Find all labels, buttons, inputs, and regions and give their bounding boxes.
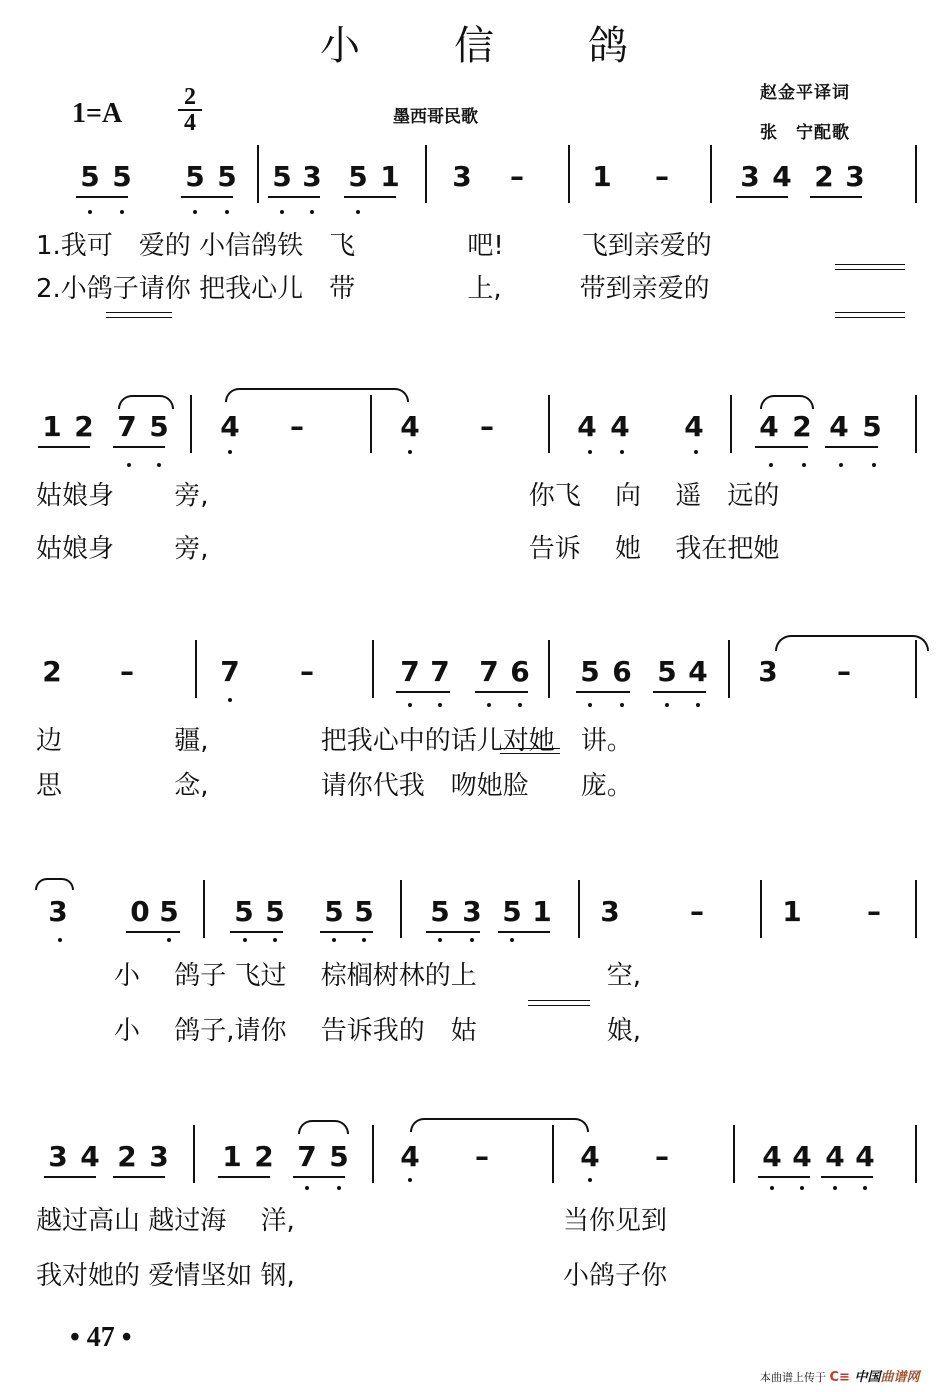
eighth-note-underline [126, 931, 180, 933]
song-title: 小信鸽 [0, 14, 950, 71]
bar-line [915, 880, 917, 938]
numbered-note: 4 [853, 1140, 877, 1173]
bar-line [193, 1125, 195, 1183]
numbered-note: 5 [860, 410, 884, 443]
eighth-note-underline [344, 196, 396, 198]
octave-dot [800, 1186, 804, 1190]
numbered-note: 5 [215, 160, 239, 193]
bar-line [568, 145, 570, 203]
page-number: • 47 • [70, 1322, 132, 1354]
bar-line [733, 1125, 735, 1183]
eighth-note-underline [76, 196, 128, 198]
numbered-note: 7 [428, 655, 452, 688]
eighth-note-underline [396, 691, 450, 693]
numbered-note: 4 [827, 410, 851, 443]
numbered-note: 5 [157, 895, 181, 928]
dash-note: – [475, 410, 499, 443]
octave-dot [362, 938, 366, 942]
lyrics-verse-1: 边 疆, 把我心中的话儿对她 讲。 [36, 720, 633, 757]
eighth-note-underline [821, 1176, 873, 1178]
numbered-note: 3 [46, 895, 70, 928]
numbered-note: 7 [218, 655, 242, 688]
numbered-note: 1 [40, 410, 64, 443]
octave-dot [157, 463, 161, 467]
bar-line [578, 880, 580, 938]
numbered-note: 5 [322, 895, 346, 928]
octave-dot [280, 210, 284, 214]
tie-slur [760, 395, 814, 409]
bar-line [728, 640, 730, 698]
bar-line [548, 395, 550, 453]
title-char: 鸽 [588, 14, 630, 71]
dash-note: – [832, 655, 856, 688]
octave-dot [408, 703, 412, 707]
octave-dot [588, 703, 592, 707]
numbered-note: 4 [78, 1140, 102, 1173]
lyrics-verse-2: 小 鸽子,请你 告诉我的 姑 娘, [36, 1010, 641, 1047]
numbered-note: 3 [738, 160, 762, 193]
site-name-a: 中国 [854, 1370, 880, 1385]
eighth-note-underline [218, 1176, 270, 1178]
octave-dot [193, 210, 197, 214]
double-underline [528, 1000, 590, 1006]
octave-dot [833, 1186, 837, 1190]
dash-note: – [285, 410, 309, 443]
numbered-note: 4 [823, 1140, 847, 1173]
bar-line [372, 640, 374, 698]
octave-dot [228, 450, 232, 454]
numbered-note: 7 [115, 410, 139, 443]
dash-note: – [650, 160, 674, 193]
numbered-note: 7 [477, 655, 501, 688]
eighth-note-underline [475, 691, 528, 693]
numbered-note: 5 [183, 160, 207, 193]
numbered-note: 5 [327, 1140, 351, 1173]
numbered-note: 1 [780, 895, 804, 928]
numbered-note: 1 [590, 160, 614, 193]
numbered-note: 7 [398, 655, 422, 688]
dash-note: – [505, 160, 529, 193]
octave-dot [588, 1178, 592, 1182]
eighth-note-underline [810, 196, 862, 198]
dash-note: – [115, 655, 139, 688]
octave-dot [510, 938, 514, 942]
octave-dot [58, 938, 62, 942]
octave-dot [470, 938, 474, 942]
arranger-credit: 张 宁配歌 [760, 118, 850, 143]
site-name-b: 曲谱网 [880, 1370, 919, 1385]
dash-note: – [470, 1140, 494, 1173]
double-underline [835, 264, 905, 270]
title-char: 信 [454, 14, 496, 71]
bar-line [370, 395, 372, 453]
numbered-note: 5 [110, 160, 134, 193]
octave-dot [665, 703, 669, 707]
numbered-note: 7 [295, 1140, 319, 1173]
numbered-note: 1 [530, 895, 554, 928]
octave-dot [802, 463, 806, 467]
octave-dot [694, 450, 698, 454]
octave-dot [839, 463, 843, 467]
numbered-note: 3 [46, 1140, 70, 1173]
key-signature: 1=A [72, 98, 122, 130]
double-underline [835, 312, 905, 318]
numbered-note: 4 [608, 410, 632, 443]
octave-dot [588, 450, 592, 454]
octave-dot [769, 463, 773, 467]
numbered-note: 5 [232, 895, 256, 928]
eighth-note-underline [755, 446, 808, 448]
bar-line [400, 880, 402, 938]
bar-line [710, 145, 712, 203]
octave-dot [438, 703, 442, 707]
numbered-note: 1 [220, 1140, 244, 1173]
numbered-note: 1 [378, 160, 402, 193]
octave-dot [243, 938, 247, 942]
bar-line [195, 640, 197, 698]
lyrics-verse-1: 1.我可 爱的 小信鸽铁 飞 吧! 飞到亲爱的 [36, 225, 712, 262]
octave-dot [438, 938, 442, 942]
numbered-note: 4 [398, 410, 422, 443]
bar-line [760, 880, 762, 938]
dash-note: – [862, 895, 886, 928]
numbered-note: 2 [115, 1140, 139, 1173]
dash-note: – [685, 895, 709, 928]
title-char: 小 [320, 14, 362, 71]
numbered-note: 2 [72, 410, 96, 443]
eighth-note-underline [653, 691, 706, 693]
eighth-note-underline [293, 1176, 345, 1178]
numbered-note: 5 [428, 895, 452, 928]
eighth-note-underline [113, 446, 165, 448]
numbered-note: 0 [128, 895, 152, 928]
time-signature-bottom: 4 [178, 112, 202, 134]
octave-dot [408, 450, 412, 454]
octave-dot [518, 703, 522, 707]
eighth-note-underline [38, 446, 90, 448]
octave-dot [88, 210, 92, 214]
numbered-note: 5 [500, 895, 524, 928]
octave-dot [696, 703, 700, 707]
bar-line [730, 395, 732, 453]
numbered-note: 2 [252, 1140, 276, 1173]
numbered-note: 3 [460, 895, 484, 928]
bar-line [190, 395, 192, 453]
bar-line [552, 1125, 554, 1183]
numbered-note: 4 [790, 1140, 814, 1173]
numbered-note: 2 [812, 160, 836, 193]
dash-note: – [650, 1140, 674, 1173]
bar-line [425, 145, 427, 203]
tie-slur [35, 878, 74, 890]
numbered-note: 4 [770, 160, 794, 193]
numbered-note: 5 [270, 160, 294, 193]
eighth-note-underline [230, 931, 283, 933]
eighth-note-underline [44, 1176, 96, 1178]
numbered-note: 3 [300, 160, 324, 193]
bar-line [915, 1125, 917, 1183]
octave-dot [273, 938, 277, 942]
eighth-note-underline [736, 196, 788, 198]
octave-dot [337, 1186, 341, 1190]
numbered-note: 4 [757, 410, 781, 443]
octave-dot [167, 938, 171, 942]
octave-dot [127, 463, 131, 467]
lyricist-credit: 赵金平译词 [760, 78, 850, 103]
eighth-note-underline [113, 1176, 165, 1178]
tie-slur [118, 395, 174, 409]
lyrics-verse-2: 我对她的 爱情坚如 钢, 小鸽子你 [36, 1255, 667, 1292]
double-underline [106, 312, 172, 318]
octave-dot [228, 698, 232, 702]
eighth-note-underline [320, 931, 373, 933]
lyrics-verse-2: 姑娘身 旁, 告诉 她 我在把她 [36, 528, 779, 565]
eighth-note-underline [268, 196, 320, 198]
site-logo[interactable]: C≡ 中国曲谱网 [830, 1366, 920, 1385]
eighth-note-underline [498, 931, 550, 933]
dash-note: – [295, 655, 319, 688]
numbered-note: 3 [598, 895, 622, 928]
numbered-note: 5 [147, 410, 171, 443]
upload-note: 本曲谱上传于 [760, 1371, 826, 1384]
numbered-note: 4 [682, 410, 706, 443]
eighth-note-underline [758, 1176, 810, 1178]
bar-line [915, 145, 917, 203]
octave-dot [310, 210, 314, 214]
eighth-note-underline [426, 931, 480, 933]
numbered-note: 2 [40, 655, 64, 688]
octave-dot [356, 210, 360, 214]
numbered-note: 4 [218, 410, 242, 443]
octave-dot [120, 210, 124, 214]
logo-mark-icon: C≡ [830, 1370, 850, 1385]
lyrics-verse-1: 越过高山 越过海 洋, 当你见到 [36, 1200, 667, 1237]
octave-dot [872, 463, 876, 467]
numbered-note: 6 [508, 655, 532, 688]
song-origin: 墨西哥民歌 [393, 102, 478, 127]
eighth-note-underline [576, 691, 630, 693]
eighth-note-underline [181, 196, 233, 198]
octave-dot [863, 1186, 867, 1190]
lyrics-verse-1: 姑娘身 旁, 你飞 向 遥 远的 [36, 475, 779, 512]
numbered-note: 3 [843, 160, 867, 193]
octave-dot [620, 703, 624, 707]
tie-slur [410, 1118, 589, 1132]
numbered-note: 2 [790, 410, 814, 443]
numbered-note: 5 [655, 655, 679, 688]
bar-line [548, 640, 550, 698]
octave-dot [305, 1186, 309, 1190]
octave-dot [332, 938, 336, 942]
time-signature-top: 2 [178, 86, 202, 108]
numbered-note: 4 [760, 1140, 784, 1173]
octave-dot [225, 210, 229, 214]
numbered-note: 5 [346, 160, 370, 193]
octave-dot [408, 1178, 412, 1182]
lyrics-verse-1: 小 鸽子 飞过 棕榈树林的上 空, [36, 955, 641, 992]
numbered-note: 4 [398, 1140, 422, 1173]
numbered-note: 6 [610, 655, 634, 688]
octave-dot [487, 703, 491, 707]
bar-line [257, 145, 259, 203]
tie-slur [775, 635, 929, 651]
numbered-note: 3 [756, 655, 780, 688]
octave-dot [620, 450, 624, 454]
lyrics-verse-2: 思 念, 请你代我 吻她脸 庞。 [36, 765, 633, 802]
bar-line [915, 395, 917, 453]
numbered-note: 4 [578, 1140, 602, 1173]
numbered-note: 5 [578, 655, 602, 688]
numbered-note: 3 [450, 160, 474, 193]
tie-slur [225, 388, 409, 402]
numbered-note: 3 [147, 1140, 171, 1173]
numbered-note: 5 [78, 160, 102, 193]
tie-slur [298, 1120, 349, 1134]
numbered-note: 5 [352, 895, 376, 928]
numbered-note: 4 [686, 655, 710, 688]
octave-dot [770, 1186, 774, 1190]
eighth-note-underline [825, 446, 878, 448]
lyrics-verse-2: 2.小鸽子请你 把我心儿 带 上, 带到亲爱的 [36, 268, 710, 305]
upload-credit: 本曲谱上传于 C≡ 中国曲谱网 [760, 1366, 920, 1385]
bar-line [372, 1125, 374, 1183]
numbered-note: 5 [263, 895, 287, 928]
time-signature: 2 4 [178, 86, 202, 134]
numbered-note: 4 [575, 410, 599, 443]
bar-line [203, 880, 205, 938]
